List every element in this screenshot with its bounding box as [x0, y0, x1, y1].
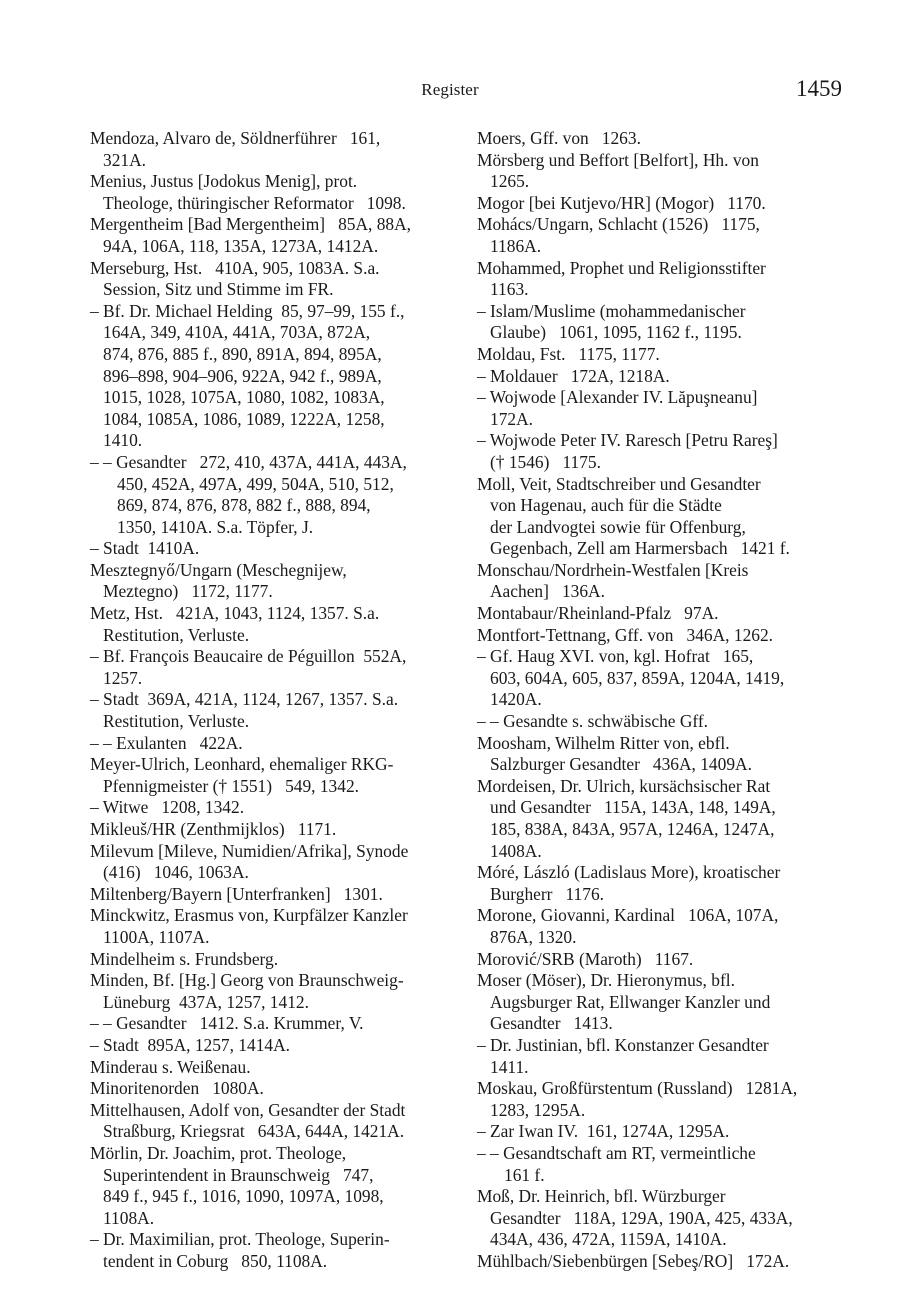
index-entry: Mittelhausen, Adolf von, Gesandter der S…: [90, 1100, 450, 1143]
index-entry-continuation-line: Pfennigmeister († 1551) 549, 1342.: [90, 776, 450, 798]
index-entry-headword-line: Mörsberg und Beffort [Belfort], Hh. von: [477, 150, 847, 172]
index-entry-continuation-line: 1350, 1410A. S.a. Töpfer, J.: [90, 517, 450, 539]
index-entry-continuation-line: 1108A.: [90, 1208, 450, 1230]
index-entry-headword-line: – Gf. Haug XVI. von, kgl. Hofrat 165,: [477, 646, 847, 668]
index-entry-continuation-line: 869, 874, 876, 878, 882 f., 888, 894,: [90, 495, 450, 517]
index-entry-headword-line: – Bf. François Beaucaire de Péguillon 55…: [90, 646, 450, 668]
index-entry: – Zar Iwan IV. 161, 1274A, 1295A.: [477, 1121, 847, 1143]
index-entry-headword-line: – – Gesandter 272, 410, 437A, 441A, 443A…: [90, 452, 450, 474]
index-entry-continuation-line: 164A, 349, 410A, 441A, 703A, 872A,: [90, 322, 450, 344]
index-entry: – Stadt 895A, 1257, 1414A.: [90, 1035, 450, 1057]
index-column-right: Moers, Gff. von 1263.Mörsberg und Beffor…: [477, 128, 847, 1272]
index-entry-continuation-line: 1084, 1085A, 1086, 1089, 1222A, 1258,: [90, 409, 450, 431]
index-entry-headword-line: Menius, Justus [Jodokus Menig], prot.: [90, 171, 450, 193]
index-entry: Mindelheim s. Frundsberg.: [90, 949, 450, 971]
index-entry-headword-line: Morone, Giovanni, Kardinal 106A, 107A,: [477, 905, 847, 927]
index-entry-headword-line: Moskau, Großfürstentum (Russland) 1281A,: [477, 1078, 847, 1100]
index-entry-continuation-line: († 1546) 1175.: [477, 452, 847, 474]
index-entry-continuation-line: 1420A.: [477, 689, 847, 711]
index-entry-headword-line: Mühlbach/Siebenbürgen [Sebeş/RO] 172A.: [477, 1251, 847, 1273]
index-entry: – – Gesandte s. schwäbische Gff.: [477, 711, 847, 733]
index-entry: – – Gesandter 1412. S.a. Krummer, V.: [90, 1013, 450, 1035]
index-entry: Moldau, Fst. 1175, 1177.: [477, 344, 847, 366]
index-entry-headword-line: – Stadt 369A, 421A, 1124, 1267, 1357. S.…: [90, 689, 450, 711]
index-entry-continuation-line: und Gesandter 115A, 143A, 148, 149A,: [477, 797, 847, 819]
index-entry-continuation-line: tendent in Coburg 850, 1108A.: [90, 1251, 450, 1273]
index-entry-headword-line: Miltenberg/Bayern [Unterfranken] 1301.: [90, 884, 450, 906]
index-entry-continuation-line: 876A, 1320.: [477, 927, 847, 949]
index-entry-headword-line: Moosham, Wilhelm Ritter von, ebfl.: [477, 733, 847, 755]
index-entry-headword-line: Moll, Veit, Stadtschreiber und Gesandter: [477, 474, 847, 496]
index-entry-headword-line: – Moldauer 172A, 1218A.: [477, 366, 847, 388]
index-entry: Mesztegnyő/Ungarn (Meschegnijew,Meztegno…: [90, 560, 450, 603]
index-entry-headword-line: – Dr. Maximilian, prot. Theologe, Superi…: [90, 1229, 450, 1251]
index-entry: – – Gesandtschaft am RT, vermeintliche16…: [477, 1143, 847, 1186]
index-entry-continuation-line: von Hagenau, auch für die Städte: [477, 495, 847, 517]
index-entry: Mohammed, Prophet und Religionsstifter11…: [477, 258, 847, 301]
index-entry-headword-line: – – Gesandter 1412. S.a. Krummer, V.: [90, 1013, 450, 1035]
index-entry: – Dr. Maximilian, prot. Theologe, Superi…: [90, 1229, 450, 1272]
index-entry: – Gf. Haug XVI. von, kgl. Hofrat 165,603…: [477, 646, 847, 711]
index-entry-headword-line: Milevum [Mileve, Numidien/Afrika], Synod…: [90, 841, 450, 863]
index-entry: Menius, Justus [Jodokus Menig], prot.The…: [90, 171, 450, 214]
index-entry: – Wojwode Peter IV. Raresch [Petru Rareş…: [477, 430, 847, 473]
index-entry-continuation-line: Salzburger Gesandter 436A, 1409A.: [477, 754, 847, 776]
index-entry-headword-line: – Witwe 1208, 1342.: [90, 797, 450, 819]
index-entry-continuation-line: Straßburg, Kriegsrat 643A, 644A, 1421A.: [90, 1121, 450, 1143]
index-entry: – Dr. Justinian, bfl. Konstanzer Gesandt…: [477, 1035, 847, 1078]
index-entry-continuation-line: 603, 604A, 605, 837, 859A, 1204A, 1419,: [477, 668, 847, 690]
index-entry: – Islam/Muslime (mohammedanischerGlaube)…: [477, 301, 847, 344]
index-entry-headword-line: – Wojwode Peter IV. Raresch [Petru Rareş…: [477, 430, 847, 452]
index-entry: – Wojwode [Alexander IV. Lăpuşneanu]172A…: [477, 387, 847, 430]
index-entry-continuation-line: 185, 838A, 843A, 957A, 1246A, 1247A,: [477, 819, 847, 841]
index-entry-continuation-line: Session, Sitz und Stimme im FR.: [90, 279, 450, 301]
index-entry-continuation-line: Gesandter 1413.: [477, 1013, 847, 1035]
index-entry-headword-line: Minden, Bf. [Hg.] Georg von Braunschweig…: [90, 970, 450, 992]
index-entry-headword-line: – Zar Iwan IV. 161, 1274A, 1295A.: [477, 1121, 847, 1143]
index-entry: Mörlin, Dr. Joachim, prot. Theologe,Supe…: [90, 1143, 450, 1229]
index-entry-headword-line: Metz, Hst. 421A, 1043, 1124, 1357. S.a.: [90, 603, 450, 625]
index-entry-headword-line: Montfort-Tettnang, Gff. von 346A, 1262.: [477, 625, 847, 647]
index-entry-continuation-line: 1186A.: [477, 236, 847, 258]
index-entry-continuation-line: 450, 452A, 497A, 499, 504A, 510, 512,: [90, 474, 450, 496]
index-entry-continuation-line: Restitution, Verluste.: [90, 711, 450, 733]
index-entry-headword-line: – Dr. Justinian, bfl. Konstanzer Gesandt…: [477, 1035, 847, 1057]
index-entry: Moosham, Wilhelm Ritter von, ebfl.Salzbu…: [477, 733, 847, 776]
index-entry-continuation-line: 1100A, 1107A.: [90, 927, 450, 949]
index-entry-continuation-line: 321A.: [90, 150, 450, 172]
index-entry: – – Gesandter 272, 410, 437A, 441A, 443A…: [90, 452, 450, 538]
index-entry-continuation-line: 1257.: [90, 668, 450, 690]
index-entry-continuation-line: Superintendent in Braunschweig 747,: [90, 1165, 450, 1187]
index-entry-continuation-line: Lüneburg 437A, 1257, 1412.: [90, 992, 450, 1014]
index-entry-headword-line: Moß, Dr. Heinrich, bfl. Würzburger: [477, 1186, 847, 1208]
index-entry-continuation-line: 874, 876, 885 f., 890, 891A, 894, 895A,: [90, 344, 450, 366]
index-entry-headword-line: Morović/SRB (Maroth) 1167.: [477, 949, 847, 971]
index-entry-headword-line: Mendoza, Alvaro de, Söldnerführer 161,: [90, 128, 450, 150]
index-entry-headword-line: – – Gesandtschaft am RT, vermeintliche: [477, 1143, 847, 1165]
index-entry-continuation-line: 1283, 1295A.: [477, 1100, 847, 1122]
index-entry: Minoritenorden 1080A.: [90, 1078, 450, 1100]
index-entry-continuation-line: 896–898, 904–906, 922A, 942 f., 989A,: [90, 366, 450, 388]
index-entry-headword-line: – – Gesandte s. schwäbische Gff.: [477, 711, 847, 733]
running-header-title: Register: [0, 80, 900, 100]
index-entry-continuation-line: Glaube) 1061, 1095, 1162 f., 1195.: [477, 322, 847, 344]
index-entry-headword-line: Mohács/Ungarn, Schlacht (1526) 1175,: [477, 214, 847, 236]
index-entry-headword-line: Mogor [bei Kutjevo/HR] (Mogor) 1170.: [477, 193, 847, 215]
index-entry: – Bf. Dr. Michael Helding 85, 97–99, 155…: [90, 301, 450, 452]
index-entry: Montfort-Tettnang, Gff. von 346A, 1262.: [477, 625, 847, 647]
index-entry: – Bf. François Beaucaire de Péguillon 55…: [90, 646, 450, 689]
index-entry: Mergentheim [Bad Mergentheim] 85A, 88A,9…: [90, 214, 450, 257]
index-entry-headword-line: Mindelheim s. Frundsberg.: [90, 949, 450, 971]
index-entry-continuation-line: Theologe, thüringischer Reformator 1098.: [90, 193, 450, 215]
index-entry: Moser (Möser), Dr. Hieronymus, bfl.Augsb…: [477, 970, 847, 1035]
index-entry-continuation-line: der Landvogtei sowie für Offenburg,: [477, 517, 847, 539]
index-entry-headword-line: Minckwitz, Erasmus von, Kurpfälzer Kanzl…: [90, 905, 450, 927]
index-entry-headword-line: Mergentheim [Bad Mergentheim] 85A, 88A,: [90, 214, 450, 236]
index-entry-headword-line: Mesztegnyő/Ungarn (Meschegnijew,: [90, 560, 450, 582]
index-entry-headword-line: – Wojwode [Alexander IV. Lăpuşneanu]: [477, 387, 847, 409]
index-entry: – Witwe 1208, 1342.: [90, 797, 450, 819]
index-entry-continuation-line: 849 f., 945 f., 1016, 1090, 1097A, 1098,: [90, 1186, 450, 1208]
index-entry-headword-line: Montabaur/Rheinland-Pfalz 97A.: [477, 603, 847, 625]
index-entry: Mikleuš/HR (Zenthmijklos) 1171.: [90, 819, 450, 841]
index-entry: Minderau s. Weißenau.: [90, 1057, 450, 1079]
index-entry: Mörsberg und Beffort [Belfort], Hh. von1…: [477, 150, 847, 193]
index-entry: – Stadt 369A, 421A, 1124, 1267, 1357. S.…: [90, 689, 450, 732]
index-entry: Merseburg, Hst. 410A, 905, 1083A. S.a.Se…: [90, 258, 450, 301]
index-entry-headword-line: Mordeisen, Dr. Ulrich, kursächsischer Ra…: [477, 776, 847, 798]
index-entry-headword-line: Mohammed, Prophet und Religionsstifter: [477, 258, 847, 280]
index-entry: Minckwitz, Erasmus von, Kurpfälzer Kanzl…: [90, 905, 450, 948]
index-entry-continuation-line: Aachen] 136A.: [477, 581, 847, 603]
index-entry: Milevum [Mileve, Numidien/Afrika], Synod…: [90, 841, 450, 884]
index-column-left: Mendoza, Alvaro de, Söldnerführer 161,32…: [90, 128, 450, 1272]
index-entry-headword-line: Mikleuš/HR (Zenthmijklos) 1171.: [90, 819, 450, 841]
index-entry-continuation-line: Gegenbach, Zell am Harmersbach 1421 f.: [477, 538, 847, 560]
index-entry-headword-line: Minderau s. Weißenau.: [90, 1057, 450, 1079]
index-entry-headword-line: – Bf. Dr. Michael Helding 85, 97–99, 155…: [90, 301, 450, 323]
index-entry-headword-line: Moldau, Fst. 1175, 1177.: [477, 344, 847, 366]
index-entry: – Moldauer 172A, 1218A.: [477, 366, 847, 388]
index-entry: Moll, Veit, Stadtschreiber und Gesandter…: [477, 474, 847, 560]
index-entry-continuation-line: (416) 1046, 1063A.: [90, 862, 450, 884]
index-entry-continuation-line: Restitution, Verluste.: [90, 625, 450, 647]
index-entry: Mogor [bei Kutjevo/HR] (Mogor) 1170.: [477, 193, 847, 215]
index-entry-headword-line: Merseburg, Hst. 410A, 905, 1083A. S.a.: [90, 258, 450, 280]
index-entry: Miltenberg/Bayern [Unterfranken] 1301.: [90, 884, 450, 906]
index-entry-headword-line: Monschau/Nordrhein-Westfalen [Kreis: [477, 560, 847, 582]
index-entry: Mordeisen, Dr. Ulrich, kursächsischer Ra…: [477, 776, 847, 862]
index-entry-headword-line: Móré, László (Ladislaus More), kroatisch…: [477, 862, 847, 884]
index-entry-continuation-line: Burgherr 1176.: [477, 884, 847, 906]
index-entry-continuation-line: 172A.: [477, 409, 847, 431]
index-entry: Moß, Dr. Heinrich, bfl. WürzburgerGesand…: [477, 1186, 847, 1251]
index-entry-continuation-line: 1410.: [90, 430, 450, 452]
index-entry-continuation-line: 1408A.: [477, 841, 847, 863]
index-entry: – Stadt 1410A.: [90, 538, 450, 560]
index-entry-headword-line: – Stadt 895A, 1257, 1414A.: [90, 1035, 450, 1057]
index-entry: Montabaur/Rheinland-Pfalz 97A.: [477, 603, 847, 625]
index-entry: Morone, Giovanni, Kardinal 106A, 107A,87…: [477, 905, 847, 948]
index-entry: Minden, Bf. [Hg.] Georg von Braunschweig…: [90, 970, 450, 1013]
index-entry-continuation-line: Augsburger Rat, Ellwanger Kanzler und: [477, 992, 847, 1014]
index-entry-continuation-line: 161 f.: [477, 1165, 847, 1187]
index-entry: Mendoza, Alvaro de, Söldnerführer 161,32…: [90, 128, 450, 171]
index-entry-headword-line: Meyer-Ulrich, Leonhard, ehemaliger RKG-: [90, 754, 450, 776]
index-entry-continuation-line: 94A, 106A, 118, 135A, 1273A, 1412A.: [90, 236, 450, 258]
index-entry-headword-line: Moers, Gff. von 1263.: [477, 128, 847, 150]
index-entry: Moers, Gff. von 1263.: [477, 128, 847, 150]
index-entry-headword-line: – Stadt 1410A.: [90, 538, 450, 560]
index-entry: – – Exulanten 422A.: [90, 733, 450, 755]
index-entry-continuation-line: 1265.: [477, 171, 847, 193]
index-entry-headword-line: – – Exulanten 422A.: [90, 733, 450, 755]
index-entry-continuation-line: 434A, 436, 472A, 1159A, 1410A.: [477, 1229, 847, 1251]
index-entry-continuation-line: Meztegno) 1172, 1177.: [90, 581, 450, 603]
index-entry-continuation-line: 1163.: [477, 279, 847, 301]
index-entry-headword-line: – Islam/Muslime (mohammedanischer: [477, 301, 847, 323]
index-entry-continuation-line: 1411.: [477, 1057, 847, 1079]
index-entry-headword-line: Mittelhausen, Adolf von, Gesandter der S…: [90, 1100, 450, 1122]
index-entry-continuation-line: Gesandter 118A, 129A, 190A, 425, 433A,: [477, 1208, 847, 1230]
index-entry: Mohács/Ungarn, Schlacht (1526) 1175,1186…: [477, 214, 847, 257]
index-entry-headword-line: Moser (Möser), Dr. Hieronymus, bfl.: [477, 970, 847, 992]
index-entry: Morović/SRB (Maroth) 1167.: [477, 949, 847, 971]
index-entry-continuation-line: 1015, 1028, 1075A, 1080, 1082, 1083A,: [90, 387, 450, 409]
page-number: 1459: [780, 76, 842, 102]
index-entry: Metz, Hst. 421A, 1043, 1124, 1357. S.a.R…: [90, 603, 450, 646]
index-entry-headword-line: Minoritenorden 1080A.: [90, 1078, 450, 1100]
index-entry: Mühlbach/Siebenbürgen [Sebeş/RO] 172A.: [477, 1251, 847, 1273]
index-entry: Meyer-Ulrich, Leonhard, ehemaliger RKG-P…: [90, 754, 450, 797]
index-entry: Móré, László (Ladislaus More), kroatisch…: [477, 862, 847, 905]
index-entry: Moskau, Großfürstentum (Russland) 1281A,…: [477, 1078, 847, 1121]
index-entry-headword-line: Mörlin, Dr. Joachim, prot. Theologe,: [90, 1143, 450, 1165]
index-entry: Monschau/Nordrhein-Westfalen [KreisAache…: [477, 560, 847, 603]
